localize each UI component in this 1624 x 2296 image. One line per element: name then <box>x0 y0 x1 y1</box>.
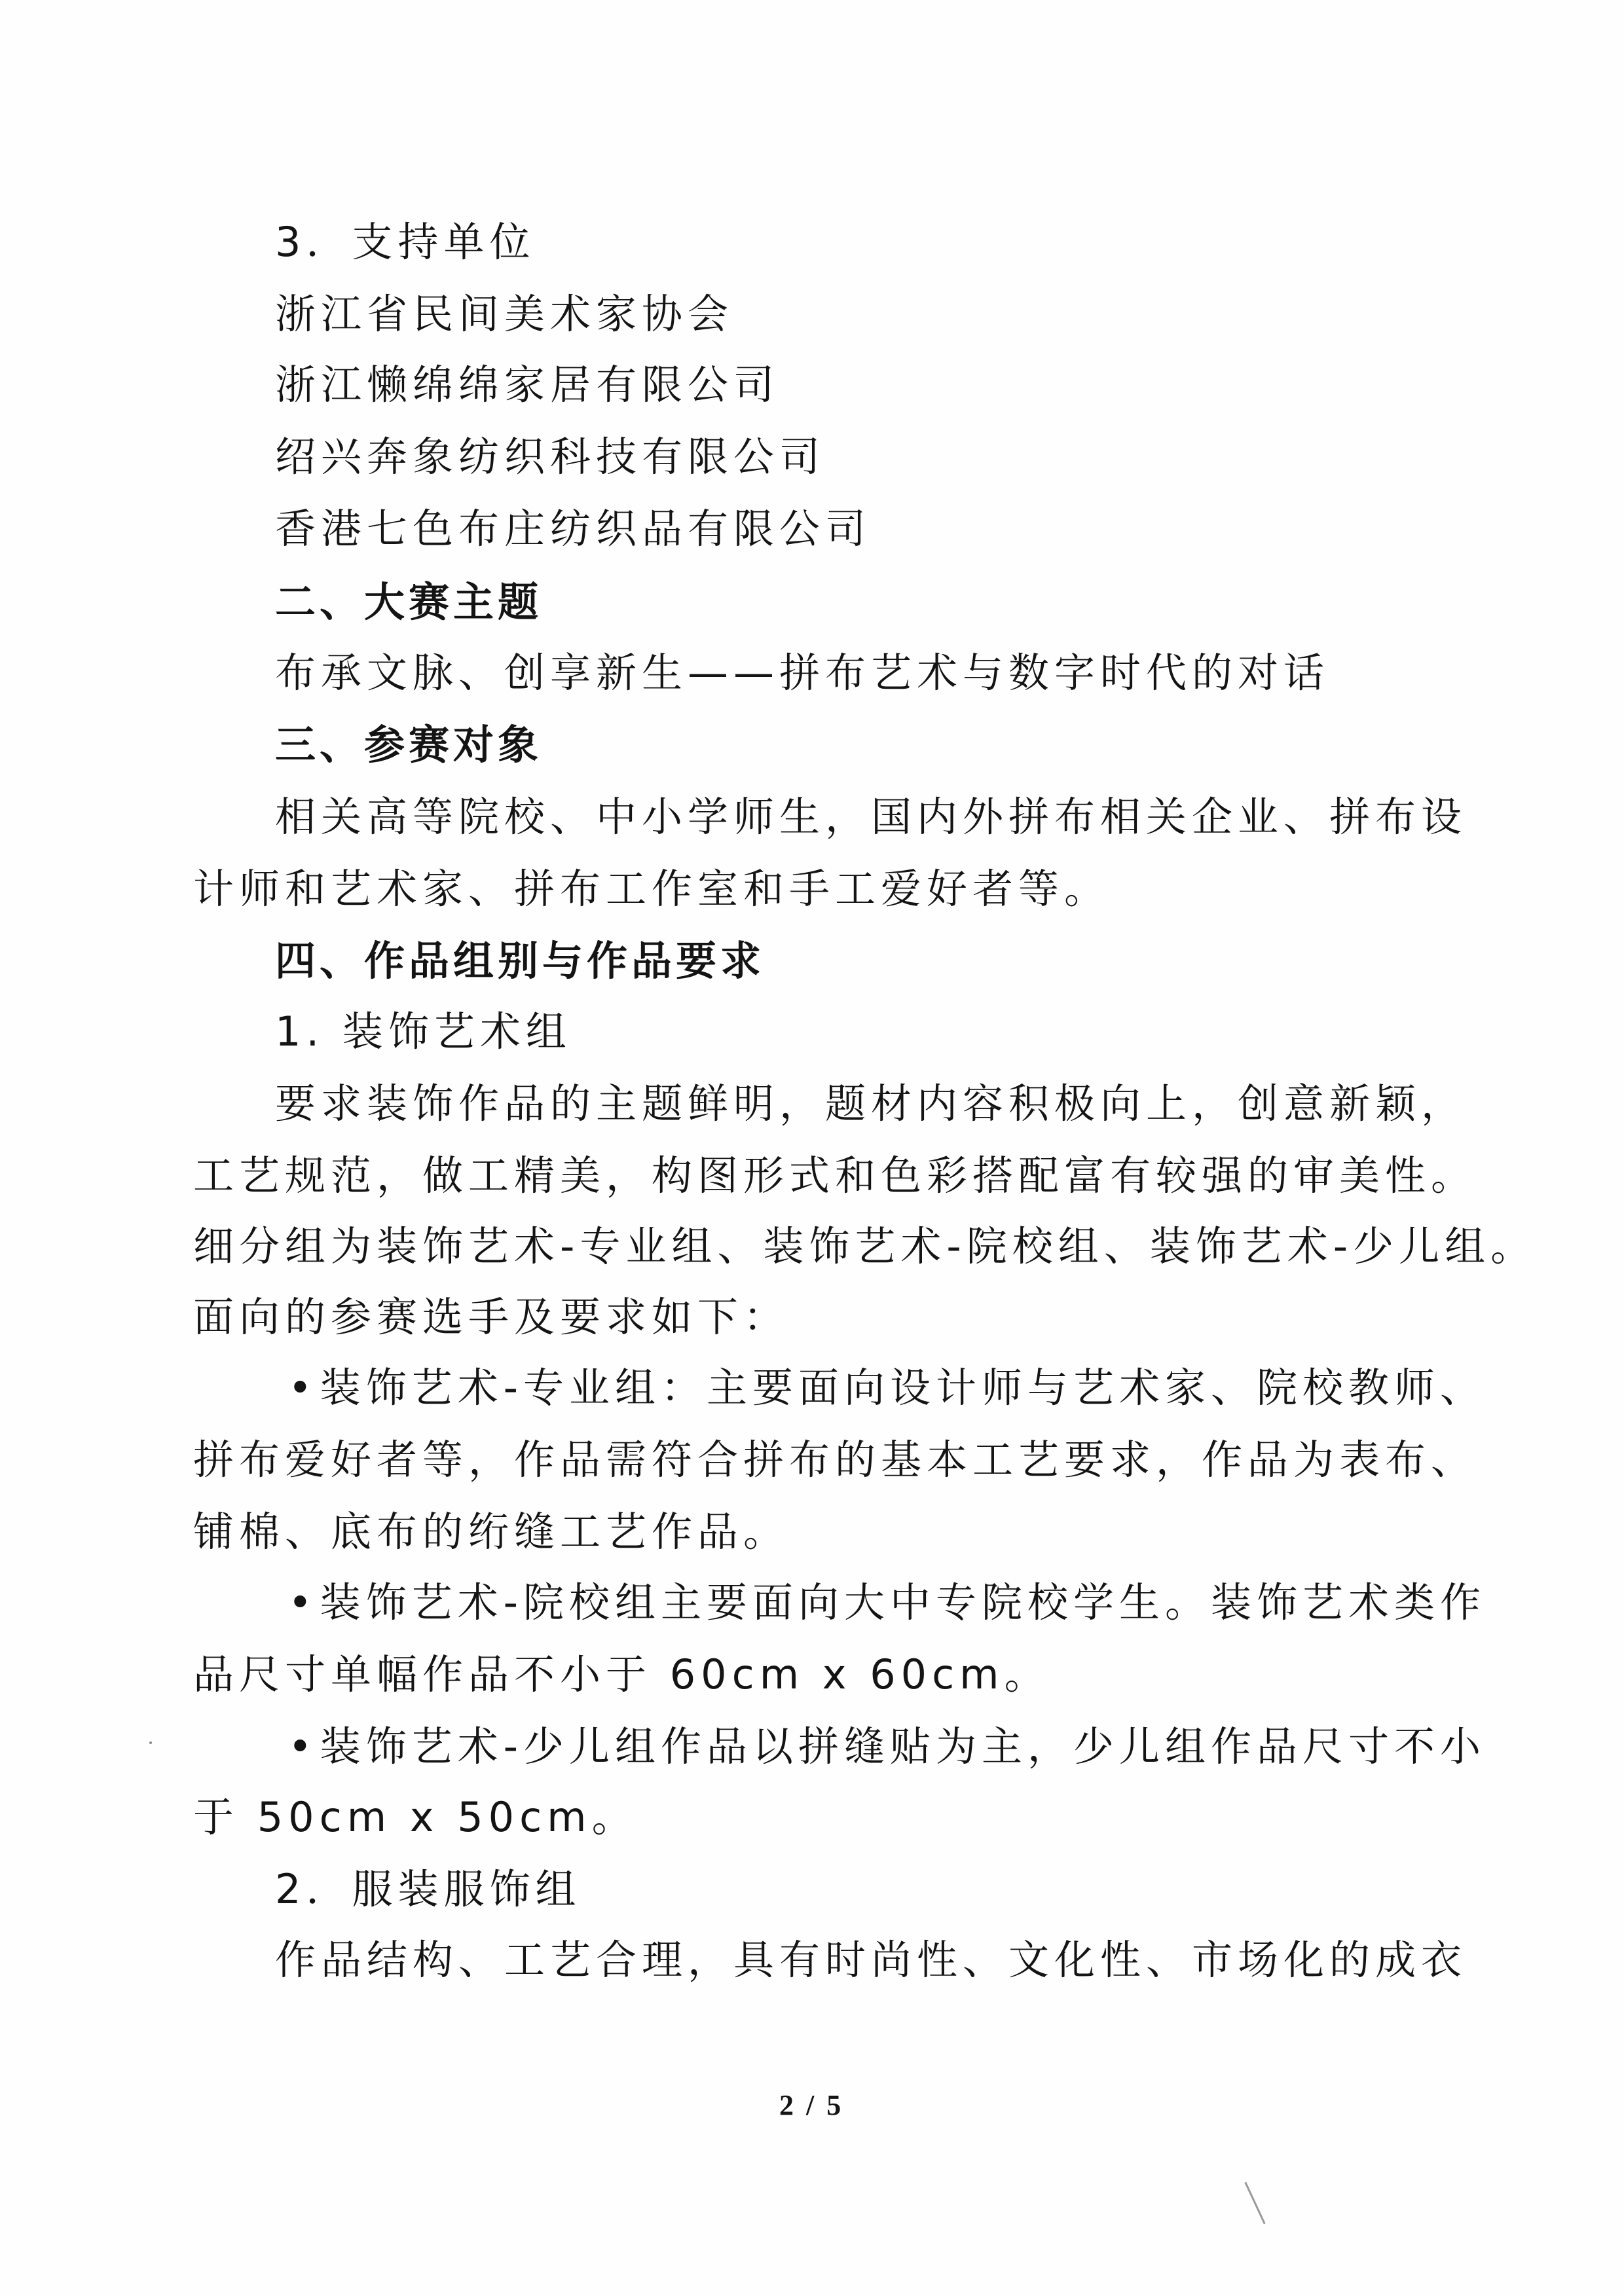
section-heading-theme: 二、大赛主题 <box>275 576 542 629</box>
group-1-description-line: 要求装饰作品的主题鲜明，题材内容积极向上，创意新颖， <box>275 1078 1467 1130</box>
group-1-description-line: 细分组为装饰艺术-专业组、装饰艺术-院校组、装饰艺术-少儿组。 <box>193 1220 1536 1273</box>
section-heading-participants: 三、参赛对象 <box>275 719 542 771</box>
group-1-description-line: 面向的参赛选手及要求如下： <box>193 1291 789 1343</box>
bullet-text-line: 装饰艺术-少儿组作品以拼缝贴为主，少儿组作品尺寸不小 <box>320 1722 1486 1770</box>
bullet-icon: • <box>288 1362 318 1414</box>
theme-text: 布承文脉、创享新生——拼布艺术与数字时代的对话 <box>275 647 1329 699</box>
scan-artifact-dot <box>149 1741 152 1744</box>
group-2-title: 2．服装服饰组 <box>275 1863 581 1916</box>
supporter-item: 浙江省民间美术家协会 <box>275 288 733 340</box>
bullet-text-line: 于 50cm x 50cm。 <box>193 1791 638 1844</box>
bullet-text-line: 铺棉、底布的绗缝工艺作品。 <box>193 1506 789 1558</box>
bullet-text-line: 装饰艺术-院校组主要面向大中专院校学生。装饰艺术类作 <box>320 1578 1486 1626</box>
supporter-item: 绍兴奔象纺织科技有限公司 <box>275 431 825 483</box>
bullet-text-line: 品尺寸单幅作品不小于 60cm x 60cm。 <box>193 1649 1050 1701</box>
bullet-text-line: 装饰艺术-专业组：主要面向设计师与艺术家、院校教师、 <box>320 1364 1486 1412</box>
bullet-icon: • <box>288 1576 318 1629</box>
supporters-subheading: 3．支持单位 <box>275 216 535 268</box>
group-1-title: 1. 装饰艺术组 <box>275 1006 572 1058</box>
bullet-text-line: 拼布爱好者等，作品需符合拼布的基本工艺要求，作品为表布、 <box>193 1434 1477 1486</box>
supporter-item: 香港七色布庄纺织品有限公司 <box>275 503 871 555</box>
participants-text-line: 相关高等院校、中小学师生，国内外拼布相关企业、拼布设 <box>275 791 1467 843</box>
scan-artifact-mark <box>1244 2182 1265 2225</box>
document-page: 3．支持单位 浙江省民间美术家协会 浙江懒绵绵家居有限公司 绍兴奔象纺织科技有限… <box>0 0 1624 2296</box>
supporter-item: 浙江懒绵绵家居有限公司 <box>275 359 779 411</box>
bullet-item-children: •装饰艺术-少儿组作品以拼缝贴为主，少儿组作品尺寸不小 <box>288 1721 1486 1773</box>
bullet-item-professional: •装饰艺术-专业组：主要面向设计师与艺术家、院校教师、 <box>288 1362 1486 1414</box>
group-1-description-line: 工艺规范，做工精美，构图形式和色彩搭配富有较强的审美性。 <box>193 1150 1477 1202</box>
bullet-item-college: •装饰艺术-院校组主要面向大中专院校学生。装饰艺术类作 <box>288 1576 1486 1629</box>
participants-text-line: 计师和艺术家、拼布工作室和手工爱好者等。 <box>193 863 1110 915</box>
page-number: 2 / 5 <box>779 2088 843 2122</box>
bullet-icon: • <box>288 1721 318 1773</box>
section-heading-groups: 四、作品组别与作品要求 <box>275 935 765 987</box>
group-2-description-line: 作品结构、工艺合理，具有时尚性、文化性、市场化的成衣 <box>275 1934 1467 1986</box>
